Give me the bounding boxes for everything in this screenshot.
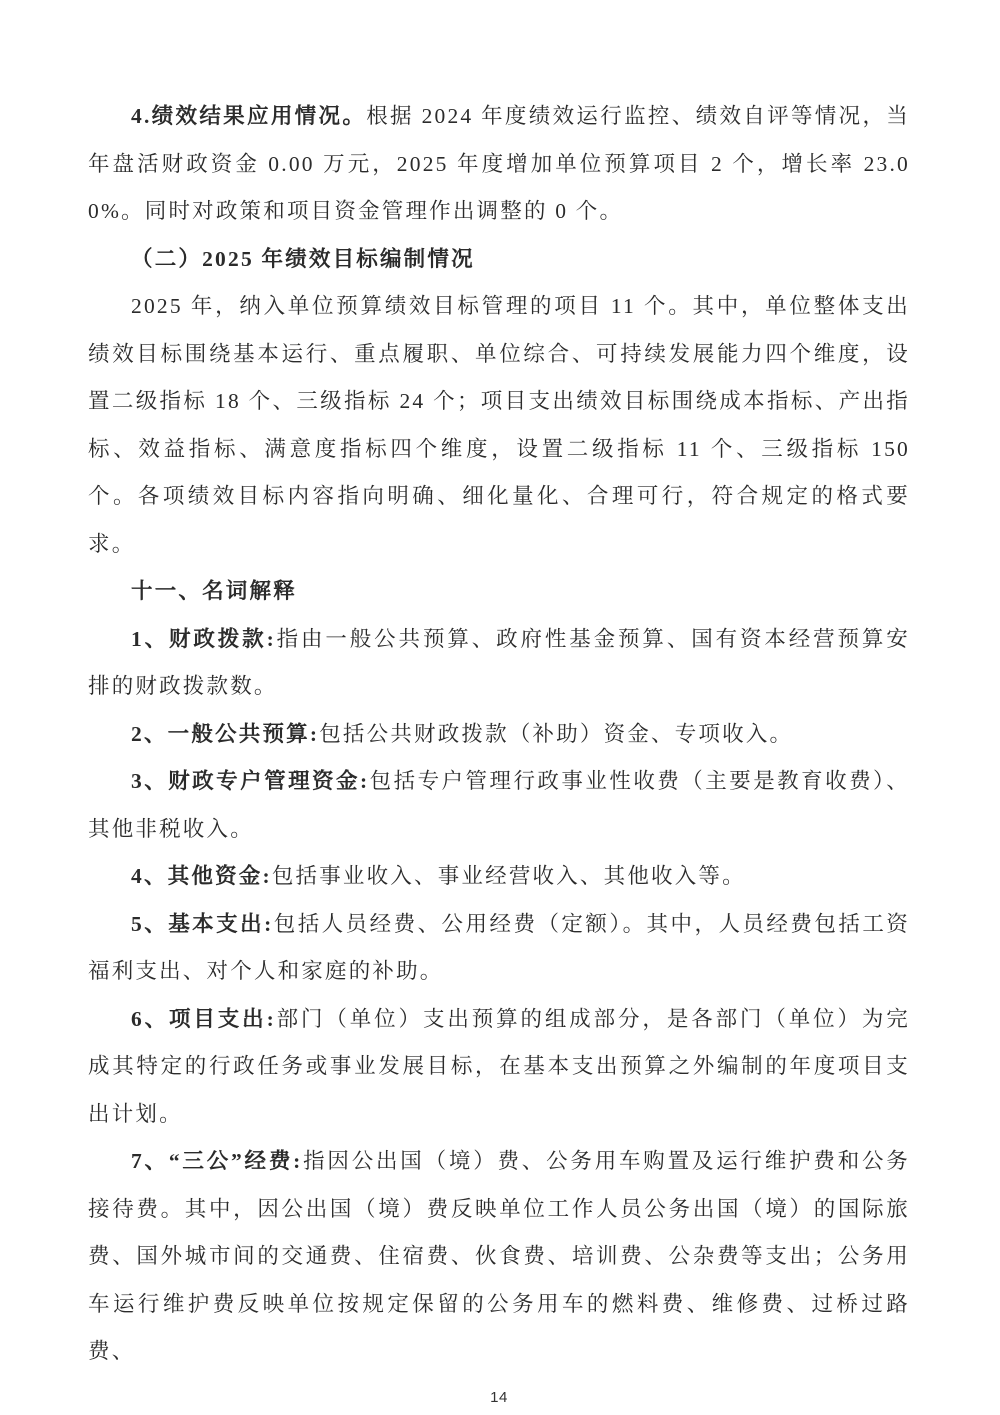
text-run: 指因公出国（境）费、公务用车购置及运行维护费和公务接待费。其中，因公出国（境）费… <box>88 1149 910 1363</box>
term-project-expenditure: 6、项目支出:部门（单位）支出预算的组成部分，是各部门（单位）为完成其特定的行政… <box>88 996 910 1139</box>
page-number: 14 <box>490 1389 508 1406</box>
text-run: 4.绩效结果应用情况。 <box>131 104 366 128</box>
text-run: 4、其他资金: <box>131 864 272 888</box>
term-special-account-funds: 3、财政专户管理资金:包括专户管理行政事业性收费（主要是教育收费）、其他非税收入… <box>88 758 910 853</box>
text-run: 十一、名词解释 <box>131 579 297 603</box>
text-run: 6、项目支出: <box>131 1007 276 1031</box>
term-basic-expenditure: 5、基本支出:包括人员经费、公用经费（定额）。其中，人员经费包括工资福利支出、对… <box>88 901 910 996</box>
text-run: 包括事业收入、事业经营收入、其他收入等。 <box>272 864 746 888</box>
term-other-funds: 4、其他资金:包括事业收入、事业经营收入、其他收入等。 <box>88 853 910 901</box>
text-run: 5、基本支出: <box>131 912 273 936</box>
text-run: 2025 年，纳入单位预算绩效目标管理的项目 11 个。其中，单位整体支出绩效目… <box>88 294 910 556</box>
term-fiscal-appropriation: 1、财政拨款:指由一般公共预算、政府性基金预算、国有资本经营预算安排的财政拨款数… <box>88 616 910 711</box>
document-body: 4.绩效结果应用情况。根据 2024 年度绩效运行监控、绩效自评等情况，当年盘活… <box>88 93 910 1376</box>
text-run: 1、财政拨款: <box>131 627 276 651</box>
term-general-public-budget: 2、一般公共预算:包括公共财政拨款（补助）资金、专项收入。 <box>88 711 910 759</box>
term-three-public-expenses: 7、“三公”经费:指因公出国（境）费、公务用车购置及运行维护费和公务接待费。其中… <box>88 1138 910 1376</box>
heading-2025-performance-target: （二）2025 年绩效目标编制情况 <box>88 236 910 284</box>
para-2025-performance-target: 2025 年，纳入单位预算绩效目标管理的项目 11 个。其中，单位整体支出绩效目… <box>88 283 910 568</box>
text-run: 3、财政专户管理资金: <box>131 769 369 793</box>
para-performance-result-application: 4.绩效结果应用情况。根据 2024 年度绩效运行监控、绩效自评等情况，当年盘活… <box>88 93 910 236</box>
text-run: （二）2025 年绩效目标编制情况 <box>131 247 475 271</box>
text-run: 7、“三公”经费: <box>131 1149 303 1173</box>
document-page: 4.绩效结果应用情况。根据 2024 年度绩效运行监控、绩效自评等情况，当年盘活… <box>0 0 1000 1415</box>
heading-glossary: 十一、名词解释 <box>88 568 910 616</box>
text-run: 包括公共财政拨款（补助）资金、专项收入。 <box>319 722 793 746</box>
page-footer: 14 <box>88 1389 910 1407</box>
text-run: 2、一般公共预算: <box>131 722 319 746</box>
